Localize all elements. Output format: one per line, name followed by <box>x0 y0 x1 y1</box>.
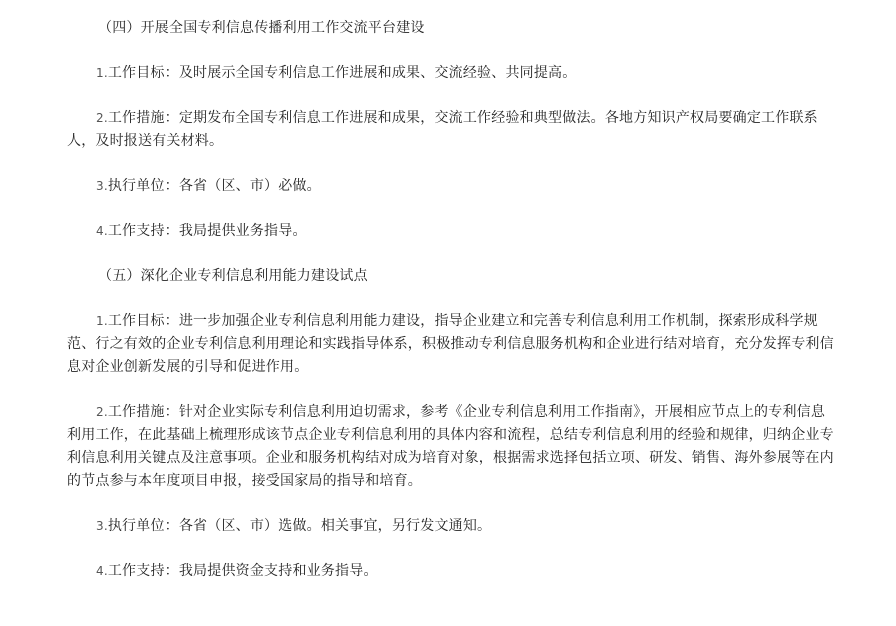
section-4-item-2: 2.工作措施：定期发布全国专利信息工作进展和成果，交流工作经验和典型做法。各地方… <box>67 107 837 153</box>
item-number: 3. <box>96 179 108 193</box>
item-text: 执行单位：各省（区、市）选做。相关事宜，另行发文通知。 <box>108 518 491 534</box>
item-number: 2. <box>96 405 108 419</box>
item-text: 工作支持：我局提供业务指导。 <box>108 223 307 239</box>
section-4-item-1: 1.工作目标：及时展示全国专利信息工作进展和成果、交流经验、共同提高。 <box>67 62 837 85</box>
item-text: 工作措施：针对企业实际专利信息利用迫切需求，参考《企业专利信息利用工作指南》，开… <box>67 404 834 489</box>
item-text: 工作措施：定期发布全国专利信息工作进展和成果，交流工作经验和典型做法。各地方知识… <box>67 110 818 149</box>
item-text: 工作目标：及时展示全国专利信息工作进展和成果、交流经验、共同提高。 <box>108 65 577 81</box>
document-body: （四）开展全国专利信息传播利用工作交流平台建设 1.工作目标：及时展示全国专利信… <box>67 17 837 605</box>
section-5-item-1: 1.工作目标：进一步加强企业专利信息利用能力建设，指导企业建立和完善专利信息利用… <box>67 310 837 379</box>
item-number: 4. <box>96 564 108 578</box>
item-number: 4. <box>96 224 108 238</box>
section-heading-4: （四）开展全国专利信息传播利用工作交流平台建设 <box>67 17 837 40</box>
item-number: 2. <box>96 111 108 125</box>
section-5-item-4: 4.工作支持：我局提供资金支持和业务指导。 <box>67 560 837 583</box>
item-number: 1. <box>96 66 108 80</box>
item-number: 3. <box>96 519 108 533</box>
section-5-item-3: 3.执行单位：各省（区、市）选做。相关事宜，另行发文通知。 <box>67 515 837 538</box>
section-4-item-3: 3.执行单位：各省（区、市）必做。 <box>67 175 837 198</box>
section-4-item-4: 4.工作支持：我局提供业务指导。 <box>67 220 837 243</box>
item-text: 执行单位：各省（区、市）必做。 <box>108 178 321 194</box>
item-text: 工作目标：进一步加强企业专利信息利用能力建设，指导企业建立和完善专利信息利用工作… <box>67 313 834 375</box>
item-text: 工作支持：我局提供资金支持和业务指导。 <box>108 563 378 579</box>
section-5-item-2: 2.工作措施：针对企业实际专利信息利用迫切需求，参考《企业专利信息利用工作指南》… <box>67 401 837 493</box>
section-heading-5: （五）深化企业专利信息利用能力建设试点 <box>67 265 837 288</box>
item-number: 1. <box>96 314 108 328</box>
